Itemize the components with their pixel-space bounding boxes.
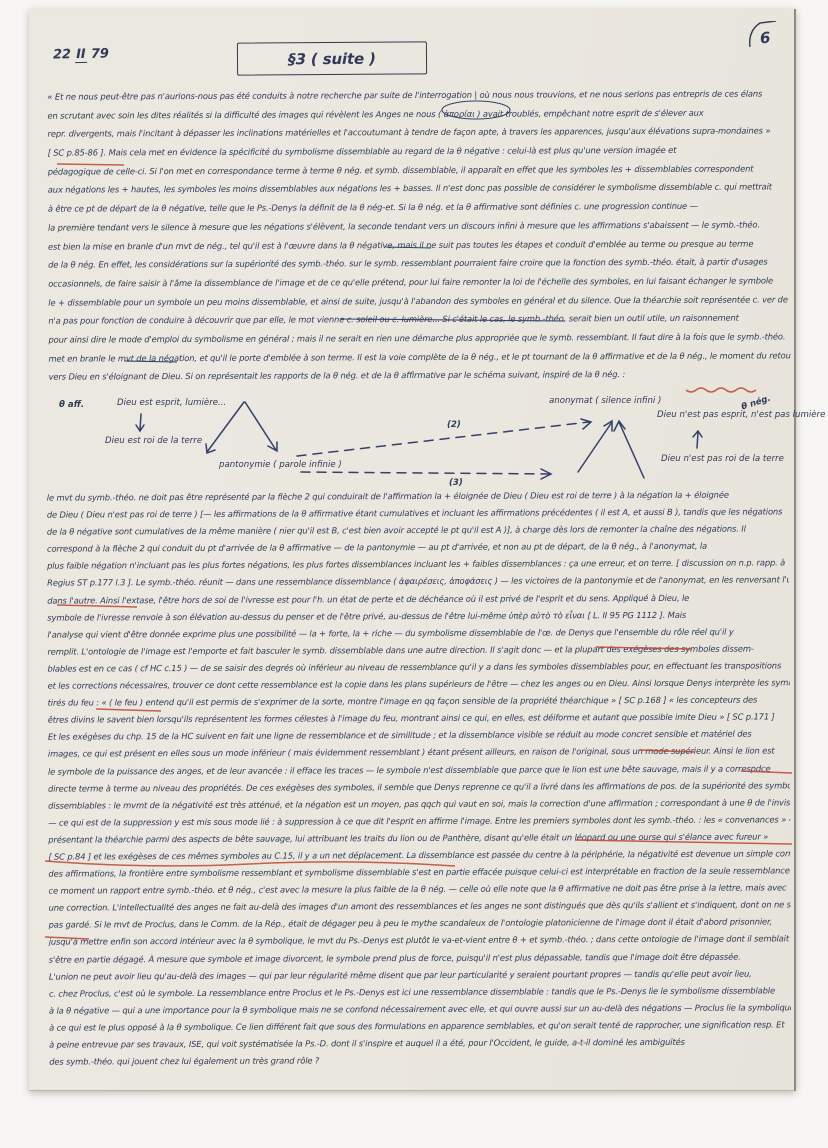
manuscript-line: vers Dieu en s'éloignant de Dieu. Si on … [49,365,791,387]
diagram-pantonymie-label: pantonymie ( parole infinie ) [219,460,342,470]
paragraph-block-2: le mvt du symb.-théo. ne doit pas être r… [47,486,792,1073]
diagram-left-top-label: Dieu est esprit, lumière... [117,398,226,408]
diagram-left-bottom-label: Dieu est roi de la terre [105,436,202,446]
theology-diagram: θ aff. Dieu est esprit, lumière... Dieu … [29,388,796,492]
page-number-value: 6 [759,29,771,48]
date-year: 79 [91,47,109,62]
manuscript-line: la première tendant vers le silence à me… [48,215,790,237]
date: 22 II 79 [53,47,109,63]
diagram-arrow3-label: (3) [449,478,463,488]
manuscript-line: des symb.-théo. qui jouent chez lui égal… [49,1050,791,1070]
diagram-theta-aff-label: θ aff. [59,400,84,410]
manuscript-page: 22 II 79 §3 ( suite ) 6 « Et ne nous peu… [29,9,796,1091]
diagram-right-line2: Dieu n'est pas roi de la terre [661,454,784,464]
page-number: 6 [746,21,780,55]
diagram-anonymat-label: anonymat ( silence infini ) [549,396,661,406]
diagram-right-line1: Dieu n'est pas esprit, n'est pas lumière [657,410,825,420]
manuscript-line: repr. divergents, mais l'incitant à dépa… [48,122,790,144]
date-day: 22 [53,47,71,62]
paragraph-block-1: « Et ne nous peut-être pas n'aurions-nou… [47,84,790,389]
section-title: §3 ( suite ) [288,49,376,68]
manuscript-line: met en branle le mvt de la négation, et … [48,346,790,368]
manuscript-line: à peine entrevue par ses travaux, ISE, q… [49,1033,791,1053]
date-month-roman: II [75,47,87,63]
section-title-box: §3 ( suite ) [237,41,427,75]
diagram-arrow2-label: (2) [447,420,461,430]
scan-background: 22 II 79 §3 ( suite ) 6 « Et ne nous peu… [0,0,828,1148]
